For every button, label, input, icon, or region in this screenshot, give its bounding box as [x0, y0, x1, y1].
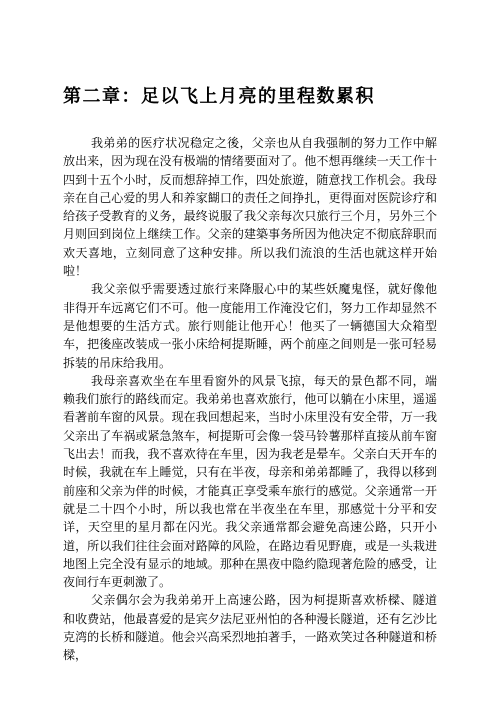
- page-content: 第二章：足以飞上月亮的里程数累积 我弟弟的医疗状况稳定之後，父亲也从自我强制的努…: [0, 0, 501, 665]
- paragraph-4: 父亲偶尔会为我弟弟开上高速公路，因为柯提斯喜欢桥樑、隧道和收费站，他最喜爱的是宾…: [63, 591, 437, 664]
- chapter-title: 第二章：足以飞上月亮的里程数累积: [63, 84, 437, 108]
- paragraph-3: 我母亲喜欢坐在车里看窗外的风景飞掠，每天的景色都不同，端赖我们旅行的路线而定。我…: [63, 372, 437, 592]
- paragraph-2: 我父亲似乎需要透过旅行来降服心中的某些妖魔鬼怪，就好像他非得开车远离它们不可。他…: [63, 280, 437, 371]
- body-text: 我弟弟的医疗状况稳定之後，父亲也从自我强制的努力工作中解放出来，因为现在没有极端…: [63, 134, 437, 665]
- paragraph-1: 我弟弟的医疗状况稳定之後，父亲也从自我强制的努力工作中解放出来，因为现在没有极端…: [63, 134, 437, 280]
- book-page: 第二章：足以飞上月亮的里程数累积 我弟弟的医疗状况稳定之後，父亲也从自我强制的努…: [0, 0, 501, 711]
